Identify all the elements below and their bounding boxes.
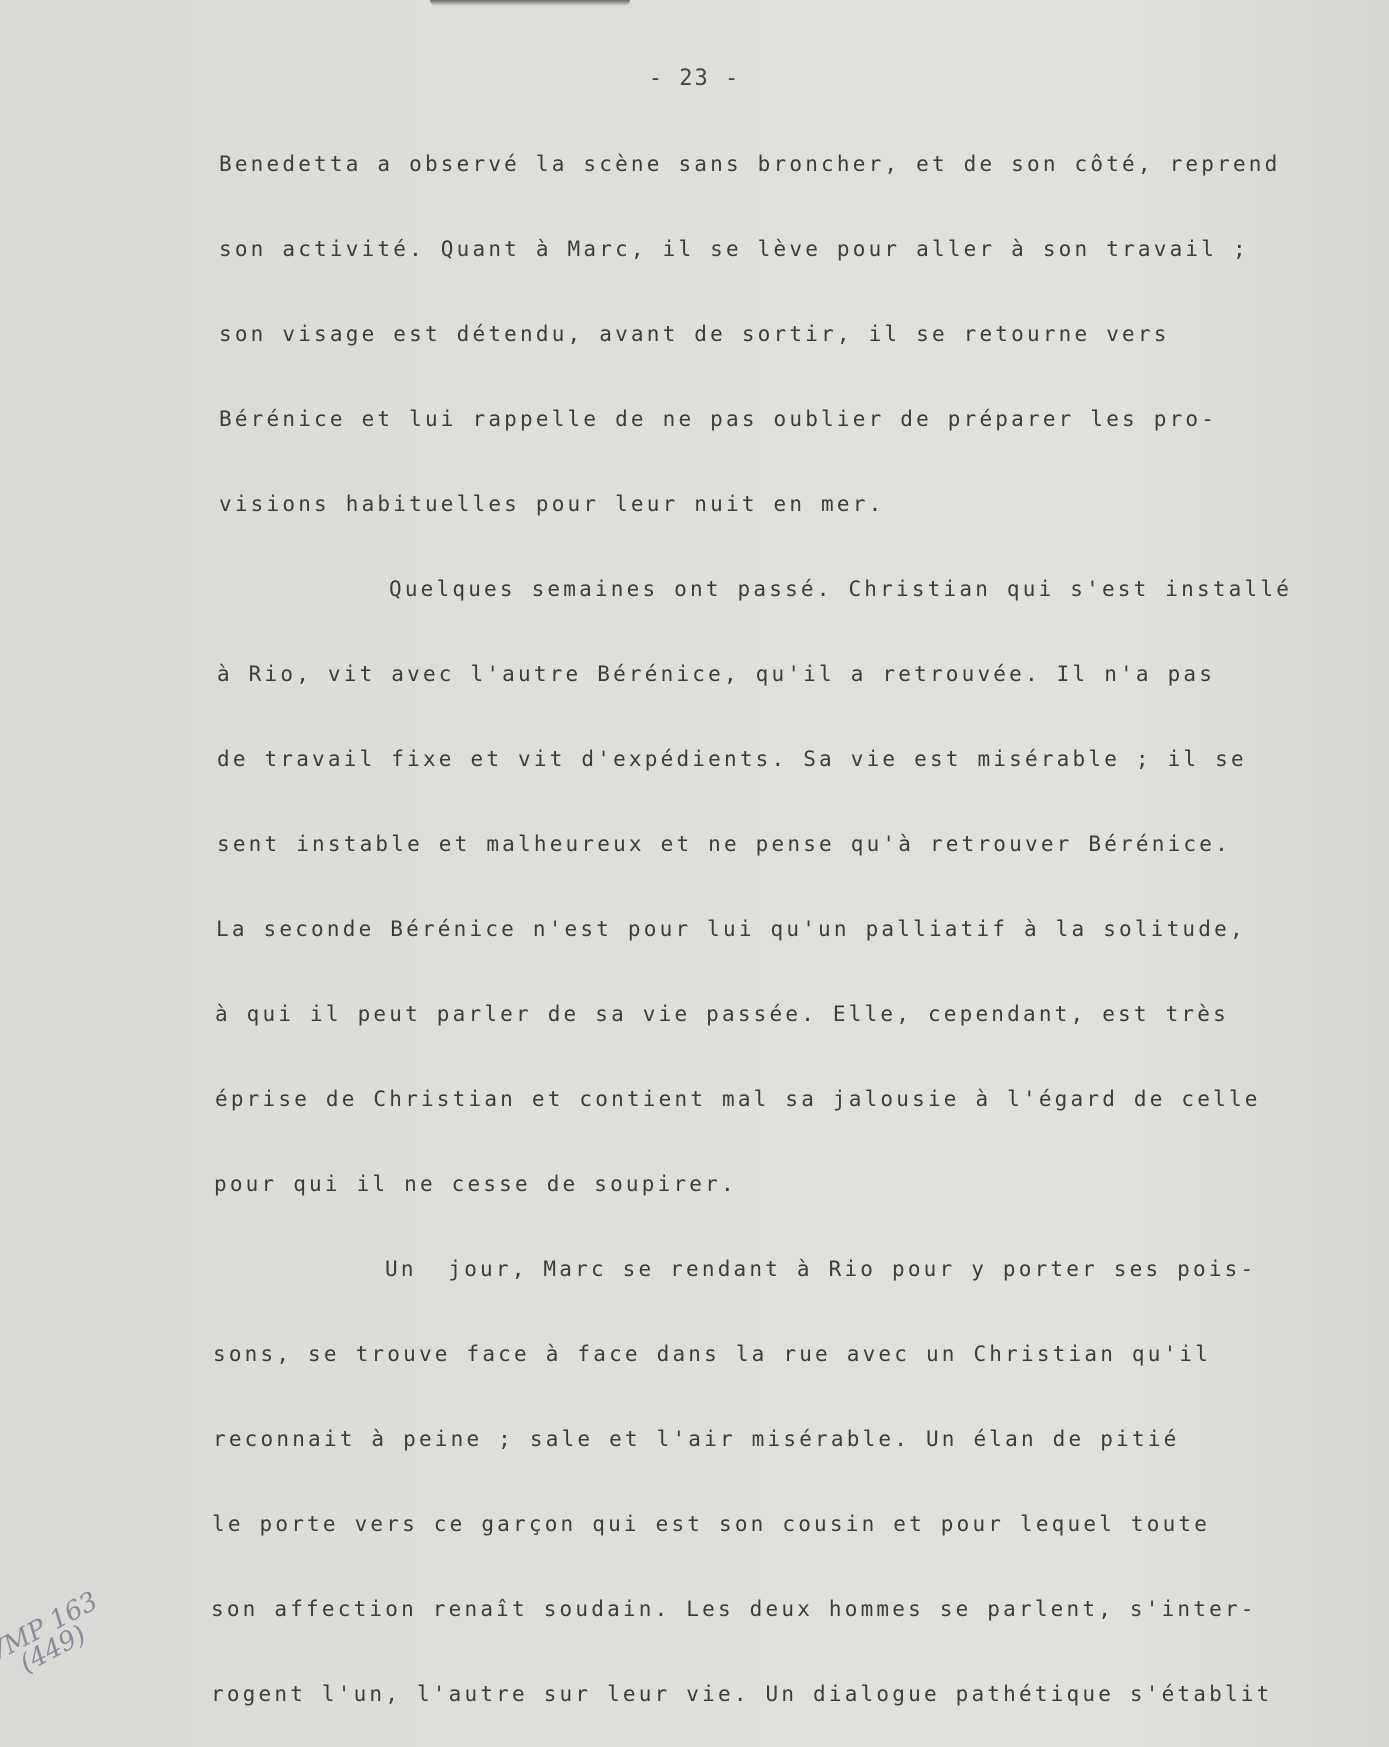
text-line: à Rio, vit avec l'autre Bérénice, qu'il …	[217, 662, 1215, 686]
text-line: son affection renaît soudain. Les deux h…	[211, 1597, 1257, 1621]
text-line: de travail fixe et vit d'expédients. Sa …	[217, 747, 1247, 771]
text-line: Bérénice et lui rappelle de ne pas oubli…	[219, 407, 1217, 431]
text-line: son visage est détendu, avant de sortir,…	[219, 322, 1170, 346]
text-line: pour qui il ne cesse de soupirer.	[214, 1172, 737, 1196]
text-line: sons, se trouve face à face dans la rue …	[213, 1342, 1211, 1366]
text-line: sent instable et malheureux et ne pense …	[217, 832, 1231, 856]
handwritten-margin-annotation: VMP 163 (449)	[0, 1589, 113, 1688]
text-line: reconnait à peine ; sale et l'air miséra…	[213, 1427, 1179, 1451]
text-line: le porte vers ce garçon qui est son cous…	[212, 1512, 1210, 1536]
text-line: La seconde Bérénice n'est pour lui qu'un…	[216, 917, 1246, 941]
text-line: Un jour, Marc se rendant à Rio pour y po…	[385, 1257, 1256, 1281]
text-line: Quelques semaines ont passé. Christian q…	[389, 577, 1292, 601]
text-line: rogent l'un, l'autre sur leur vie. Un di…	[211, 1682, 1273, 1706]
text-line: son activité. Quant à Marc, il se lève p…	[219, 237, 1249, 261]
text-line: Benedetta a observé la scène sans bronch…	[219, 152, 1281, 176]
page-number: - 23 -	[0, 66, 1389, 91]
text-line: éprise de Christian et contient mal sa j…	[215, 1087, 1261, 1111]
text-line: visions habituelles pour leur nuit en me…	[219, 492, 884, 516]
text-line: à qui il peut parler de sa vie passée. E…	[215, 1002, 1229, 1026]
page-edge-shadow	[430, 0, 630, 6]
typewritten-page: - 23 - Benedetta a observé la scène sans…	[0, 0, 1389, 1747]
